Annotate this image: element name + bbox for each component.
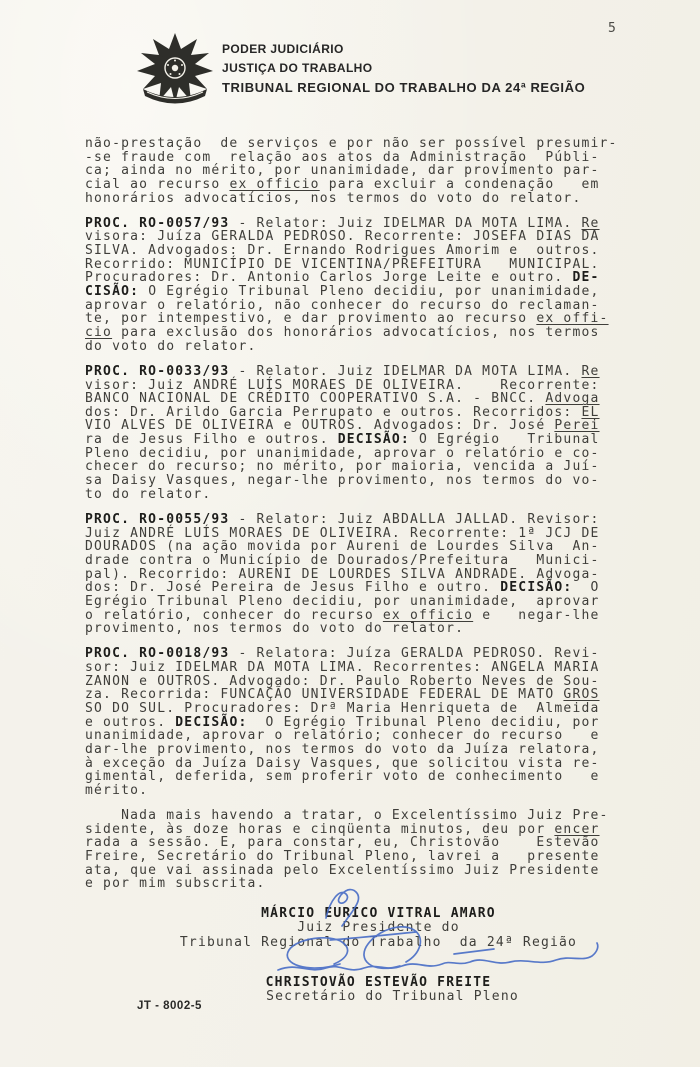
page-number: 5 — [608, 21, 616, 36]
brazil-coat-of-arms-icon — [133, 31, 217, 109]
paragraph-proc-ro-0018-93: PROC. RO-0018/93 - Relatora: Juíza GERAL… — [85, 647, 630, 797]
handwritten-signatures — [268, 882, 602, 984]
document-body: não-prestação de serviços e por não ser … — [85, 137, 630, 902]
letterhead: PODER JUDICIÁRIO JUSTIÇA DO TRABALHO TRI… — [222, 40, 585, 97]
handwritten-signature-icon — [287, 938, 347, 968]
handwritten-initials-icon — [326, 890, 359, 926]
letterhead-line-justica-do-trabalho: JUSTIÇA DO TRABALHO — [222, 59, 585, 78]
form-code: JT - 8002-5 — [137, 1000, 202, 1012]
secretary-title-line1: Secretário do Tribunal Pleno — [139, 990, 646, 1004]
letterhead-line-poder-judiciario: PODER JUDICIÁRIO — [222, 40, 585, 59]
letterhead-line-tribunal-regional: TRIBUNAL REGIONAL DO TRABALHO DA 24ª REG… — [222, 78, 585, 97]
paragraph-proc-ro-0057-93: PROC. RO-0057/93 - Relator: Juiz IDELMAR… — [85, 217, 630, 354]
paragraph-proc-ro-0033-93: PROC. RO-0033/93 - Relator. Juiz IDELMAR… — [85, 365, 630, 502]
paragraph-continuation: não-prestação de serviços e por não ser … — [85, 137, 630, 205]
paragraph-closing: Nada mais havendo a tratar, o Excelentís… — [85, 809, 630, 891]
scanned-court-document-page: 5 PODER JUDICIÁRIO JUSTIÇA DO TRABALHO T… — [0, 0, 700, 1067]
paragraph-proc-ro-0055-93: PROC. RO-0055/93 - Relator: Juiz ABDALLA… — [85, 513, 630, 636]
